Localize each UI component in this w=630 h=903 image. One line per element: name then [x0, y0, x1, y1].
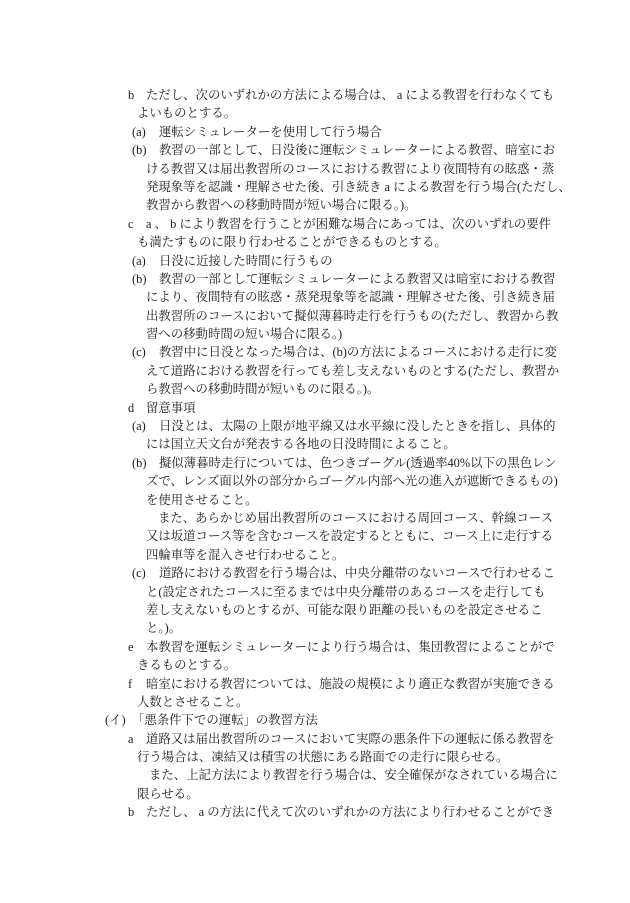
text-line: (b)擬似薄暮時走行については、色つきゴーグル(透過率40%以下の黒色レン: [0, 454, 630, 472]
line-text: ただし、 a の方法に代えて次のいずれかの方法により行わせることができ: [146, 805, 554, 819]
text-line: を使用させること。: [0, 491, 630, 509]
line-text: ける教習又は届出教習所のコースにおける教習により夜間特有の眩惑・蒸: [146, 162, 554, 176]
text-line: (イ)「悪条件下での運転」の教習方法: [0, 711, 630, 729]
text-line: (c)道路における教習を行う場合は、中央分離帯のないコースで行わせるこ: [0, 564, 630, 582]
text-line: よいものとする。: [0, 104, 630, 122]
text-line: bただし、次のいずれかの方法による場合は、 a による教習を行わなくても: [0, 86, 630, 104]
line-text: と。)。: [146, 621, 181, 635]
list-marker: (イ): [105, 711, 132, 729]
document-body: bただし、次のいずれかの方法による場合は、 a による教習を行わなくてもよいもの…: [0, 86, 630, 822]
text-line: (a)日没に近接した時間に行うもの: [0, 252, 630, 270]
text-line: 出教習所のコースにおいて擬似薄暮時走行を行うもの(ただし、教習から教: [0, 307, 630, 325]
line-text: また、あらかじめ届出教習所のコースにおける周回コース、幹線コース: [158, 511, 553, 525]
text-line: と(設定されたコースに至るまでは中央分離帯のあるコースを走行しても: [0, 583, 630, 601]
line-text: 暗室における教習については、施設の規模により適正な教習が実施できる: [146, 677, 555, 691]
text-line: bただし、 a の方法に代えて次のいずれかの方法により行わせることができ: [0, 803, 630, 821]
text-line: 四輪車等を混入させ行わせること。: [0, 546, 630, 564]
text-line: また、あらかじめ届出教習所のコースにおける周回コース、幹線コース: [0, 509, 630, 527]
line-text: 又は坂道コース等を含むコースを設定するとともに、コース上に走行する: [146, 529, 553, 543]
line-text: 教習の一部として運転シミュレーターによる教習又は暗室における教習: [159, 272, 555, 286]
line-text: ら教習への移動時間が短いものに限る。)。: [146, 382, 379, 396]
text-line: 差し支えないものとするが、可能な限り距離の長いものを設定させるこ: [0, 601, 630, 619]
list-marker: (a): [132, 252, 159, 270]
line-text: も満たすものに限り行わせることができるものとする。: [137, 235, 447, 249]
line-text: と(設定されたコースに至るまでは中央分離帯のあるコースを走行しても: [146, 585, 545, 599]
text-line: (b)教習の一部として運転シミュレーターによる教習又は暗室における教習: [0, 270, 630, 288]
list-marker: e: [128, 638, 146, 656]
list-marker: (b): [132, 270, 159, 288]
line-text: きるものとする。: [137, 658, 236, 672]
line-text: 発現象等を認識・理解させた後、引き続き a による教習を行う場合(ただし、: [146, 180, 571, 194]
text-line: ca 、 b により教習を行うことが困難な場合にあっては、次のいずれの要件: [0, 215, 630, 233]
text-line: も満たすものに限り行わせることができるものとする。: [0, 233, 630, 251]
line-text: 人数とさせること。: [137, 695, 249, 709]
line-text: 限らせる。: [137, 787, 199, 801]
line-text: 道路又は届出教習所のコースにおいて実際の悪条件下の運転に係る教習を: [146, 732, 554, 746]
line-text: 習への移動時間の短い場合に限る。): [146, 327, 342, 341]
line-text: 四輪車等を混入させ行わせること。: [146, 548, 344, 562]
text-line: 限らせる。: [0, 785, 630, 803]
text-line: 人数とさせること。: [0, 693, 630, 711]
text-line: 発現象等を認識・理解させた後、引き続き a による教習を行う場合(ただし、: [0, 178, 630, 196]
line-text: 本教習を運転シミュレーターにより行う場合は、集団教習によることがで: [146, 640, 555, 654]
line-text: 差し支えないものとするが、可能な限り距離の長いものを設定させるこ: [146, 603, 543, 617]
text-line: 又は坂道コース等を含むコースを設定するとともに、コース上に走行する: [0, 527, 630, 545]
text-line: と。)。: [0, 619, 630, 637]
line-text: には国立天文台が発表する各地の日没時間によること。: [146, 437, 456, 451]
list-marker: (b): [132, 141, 159, 159]
list-marker: f: [128, 675, 146, 693]
line-text: 日没に近接した時間に行うもの: [159, 254, 332, 268]
text-line: えて道路における教習を行っても差し支えないものとする(ただし、教習か: [0, 362, 630, 380]
line-text: 出教習所のコースにおいて擬似薄暮時走行を行うもの(ただし、教習から教: [146, 309, 558, 323]
list-marker: d: [128, 399, 146, 417]
line-text: 行う場合は、凍結又は積雪の状態にある路面での走行に限らせる。: [137, 750, 508, 764]
text-line: 教習から教習への移動時間が短い場合に限る。)。: [0, 196, 630, 214]
line-text: a 、 b により教習を行うことが困難な場合にあっては、次のいずれの要件: [146, 217, 551, 231]
line-text: ただし、次のいずれかの方法による場合は、 a による教習を行わなくても: [146, 88, 554, 102]
line-text: 教習中に日没となった場合は、(b)の方法によるコースにおける走行に変: [159, 345, 557, 359]
text-line: f暗室における教習については、施設の規模により適正な教習が実施できる: [0, 675, 630, 693]
line-text: よいものとする。: [137, 106, 236, 120]
list-marker: (c): [132, 564, 159, 582]
document-page: bただし、次のいずれかの方法による場合は、 a による教習を行わなくてもよいもの…: [0, 0, 630, 903]
text-line: (c)教習中に日没となった場合は、(b)の方法によるコースにおける走行に変: [0, 343, 630, 361]
line-text: ズで、レンズ面以外の部分からゴーグル内部へ光の進入が遮断できるもの): [146, 474, 558, 488]
line-text: 擬似薄暮時走行については、色つきゴーグル(透過率40%以下の黒色レン: [159, 456, 557, 470]
text-line: d留意事項: [0, 399, 630, 417]
list-marker: b: [128, 86, 146, 104]
text-line: きるものとする。: [0, 656, 630, 674]
text-line: e本教習を運転シミュレーターにより行う場合は、集団教習によることがで: [0, 638, 630, 656]
list-marker: a: [128, 730, 146, 748]
text-line: 習への移動時間の短い場合に限る。): [0, 325, 630, 343]
text-line: には国立天文台が発表する各地の日没時間によること。: [0, 435, 630, 453]
text-line: また、上記方法により教習を行う場合は、安全確保がなされている場合に: [0, 766, 630, 784]
list-marker: (b): [132, 454, 159, 472]
text-line: ズで、レンズ面以外の部分からゴーグル内部へ光の進入が遮断できるもの): [0, 472, 630, 490]
text-line: ける教習又は届出教習所のコースにおける教習により夜間特有の眩惑・蒸: [0, 160, 630, 178]
line-text: 留意事項: [146, 401, 196, 415]
line-text: により、夜間特有の眩惑・蒸発現象等を認識・理解させた後、引き続き届: [146, 290, 555, 304]
line-text: を使用させること。: [146, 493, 258, 507]
list-marker: b: [128, 803, 146, 821]
text-line: a道路又は届出教習所のコースにおいて実際の悪条件下の運転に係る教習を: [0, 730, 630, 748]
line-text: また、上記方法により教習を行う場合は、安全確保がなされている場合に: [149, 768, 558, 782]
line-text: 道路における教習を行う場合は、中央分離帯のないコースで行わせるこ: [159, 566, 555, 580]
line-text: 「悪条件下での運転」の教習方法: [132, 713, 318, 727]
list-marker: (c): [132, 343, 159, 361]
line-text: 教習の一部として、日没後に運転シミュレーターによる教習、暗室にお: [159, 143, 555, 157]
list-marker: c: [128, 215, 146, 233]
text-line: (a)日没とは、太陽の上限が地平線又は水平線に没したときを指し、具体的: [0, 417, 630, 435]
text-line: (b)教習の一部として、日没後に運転シミュレーターによる教習、暗室にお: [0, 141, 630, 159]
text-line: により、夜間特有の眩惑・蒸発現象等を認識・理解させた後、引き続き届: [0, 288, 630, 306]
line-text: 日没とは、太陽の上限が地平線又は水平線に没したときを指し、具体的: [159, 419, 556, 433]
line-text: 運転シミュレーターを使用して行う場合: [159, 125, 382, 139]
list-marker: (a): [132, 123, 159, 141]
text-line: (a)運転シミュレーターを使用して行う場合: [0, 123, 630, 141]
text-line: ら教習への移動時間が短いものに限る。)。: [0, 380, 630, 398]
line-text: 教習から教習への移動時間が短い場合に限る。)。: [146, 198, 417, 212]
text-line: 行う場合は、凍結又は積雪の状態にある路面での走行に限らせる。: [0, 748, 630, 766]
line-text: えて道路における教習を行っても差し支えないものとする(ただし、教習か: [146, 364, 559, 378]
list-marker: (a): [132, 417, 159, 435]
